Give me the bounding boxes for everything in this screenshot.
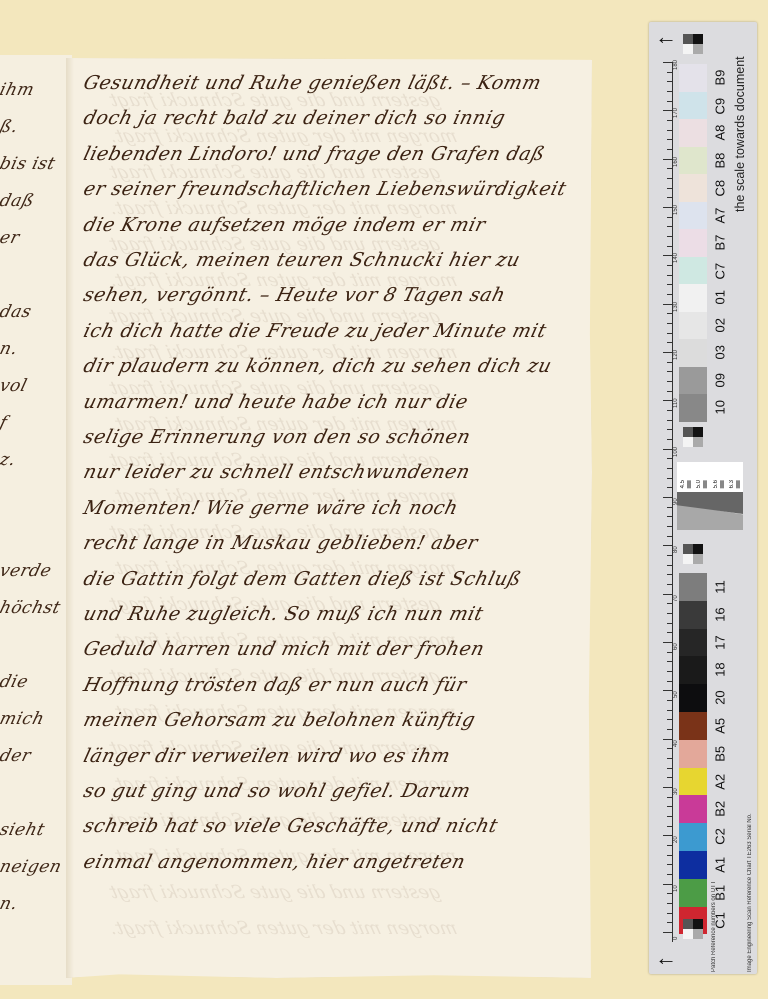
patch-label: A8 <box>709 119 731 147</box>
margin-fragment: vol <box>0 376 29 396</box>
text-line: Geduld harren und mich mit der frohen <box>81 638 487 660</box>
text-line: so gut ging und so wohl gefiel. Darum <box>81 780 473 802</box>
text-line: doch ja recht bald zu deiner dich so inn… <box>81 107 507 129</box>
scan-reference-chart: ← the scale towards document 18017016015… <box>649 22 757 974</box>
text-line: nur leider zu schnell entschwundenen <box>81 461 472 483</box>
color-patch-b7 <box>679 229 707 257</box>
arrow-left-icon: ← <box>655 26 677 48</box>
color-patch-09 <box>679 367 707 395</box>
text-line: die Gattin folgt dem Gatten dieß ist Sch… <box>81 568 523 590</box>
color-patch-b9 <box>679 64 707 92</box>
color-patch-a5 <box>679 712 707 740</box>
text-line: länger dir verweilen wird wo es ihm <box>81 745 453 767</box>
text-line: recht lange in Muskau geblieben! aber <box>81 532 480 554</box>
color-patch-11 <box>679 573 707 601</box>
color-patch-b2 <box>679 795 707 823</box>
gray-wedge: 4.55.05.66.3 <box>677 462 743 530</box>
patch-label: C9 <box>709 92 731 120</box>
patch-label: 02 <box>709 312 731 340</box>
patch-label: 10 <box>709 394 731 422</box>
patch-label: 18 <box>709 656 731 684</box>
text-line: einmal angenommen, hier angetreten <box>81 851 467 873</box>
page-gutter <box>66 58 74 978</box>
patch-label: C8 <box>709 174 731 202</box>
ruler-mm-label: 100 <box>673 447 679 457</box>
text-line: sehen, vergönnt. – Heute vor 8 Tagen sah <box>81 284 508 306</box>
wedge-label: 4.5 <box>680 480 691 488</box>
color-patch-02 <box>679 312 707 340</box>
wedge-label: 6.3 <box>729 480 740 488</box>
margin-fragment: mich <box>0 709 47 729</box>
text-line: Momenten! Wie gerne wäre ich noch <box>81 497 460 519</box>
color-patch-20 <box>679 684 707 712</box>
patch-reference-text: Patch Reference numbers on UTT <box>711 892 717 972</box>
text-line: selige Erinnerung von den so schönen <box>81 426 473 448</box>
margin-fragment: das <box>0 302 34 322</box>
color-patch-17 <box>679 629 707 657</box>
color-patch-c8 <box>679 174 707 202</box>
margin-fragment: der <box>0 746 33 766</box>
patch-label: 17 <box>709 629 731 657</box>
color-patch-a2 <box>679 768 707 796</box>
text-line: schreib hat so viele Geschäfte, und nich… <box>81 815 500 837</box>
ruler-mm-label: 80 <box>673 547 679 554</box>
patch-label: C2 <box>709 823 731 851</box>
color-patch-a1 <box>679 851 707 879</box>
gray-square-grid-mid2 <box>683 544 703 564</box>
patch-label: B7 <box>709 229 731 257</box>
color-patch-18 <box>679 656 707 684</box>
color-patch-c7 <box>679 257 707 285</box>
color-patch-a8 <box>679 119 707 147</box>
gray-square-grid-top <box>683 34 703 54</box>
patch-label: C7 <box>709 257 731 285</box>
patch-label: A7 <box>709 202 731 230</box>
color-patch-c9 <box>679 92 707 120</box>
gray-square-grid-mid1 <box>683 427 703 447</box>
patch-label: B2 <box>709 795 731 823</box>
patch-label: 20 <box>709 684 731 712</box>
color-patch-03 <box>679 339 707 367</box>
patch-label: 09 <box>709 367 731 395</box>
text-line: ich dich hatte die Freude zu jeder Minut… <box>81 320 549 342</box>
wedge-label: 5.0 <box>696 480 707 488</box>
chart-info-text: Image Engineering Scan Reference Chart T… <box>747 792 753 972</box>
text-line: er seiner freundschaftlichen Liebenswürd… <box>81 178 568 200</box>
color-patch-01 <box>679 284 707 312</box>
margin-fragment: daß <box>0 191 36 211</box>
margin-fragment: höchst <box>0 598 63 618</box>
margin-fragment: die <box>0 672 30 692</box>
patch-label: B9 <box>709 64 731 92</box>
text-line: die Krone aufsetzen möge indem er mir <box>81 214 488 236</box>
patch-label: 01 <box>709 284 731 312</box>
text-line: meinen Gehorsam zu belohnen künftig <box>81 709 478 731</box>
gray-square-grid-bottom <box>683 919 703 939</box>
margin-fragment: ihm <box>0 80 37 100</box>
patch-label: B5 <box>709 740 731 768</box>
wedge-label: 5.6 <box>713 480 724 488</box>
margin-fragment: neigen <box>0 857 64 877</box>
text-line: Gesundheit und Ruhe genießen läßt. – Kom… <box>81 72 543 94</box>
color-patch-a7 <box>679 202 707 230</box>
text-line: umarmen! und heute habe ich nur die <box>81 391 470 413</box>
color-patch-c2 <box>679 823 707 851</box>
text-line: dir plaudern zu können, dich zu sehen di… <box>81 355 554 377</box>
color-patch-b5 <box>679 740 707 768</box>
patch-label: A5 <box>709 712 731 740</box>
color-patch-b1 <box>679 879 707 907</box>
patch-label: B8 <box>709 147 731 175</box>
text-line: und Ruhe zugleich. So muß ich nun mit <box>81 603 485 625</box>
patch-label: 16 <box>709 601 731 629</box>
text-line: liebenden Lindoro! und frage den Grafen … <box>81 143 547 165</box>
text-line: das Glück, meinen teuren Schnucki hier z… <box>81 249 522 271</box>
patch-label: 03 <box>709 339 731 367</box>
patch-label: A1 <box>709 851 731 879</box>
patch-label: 11 <box>709 573 731 601</box>
color-patch-16 <box>679 601 707 629</box>
patch-label: A2 <box>709 768 731 796</box>
margin-fragment: sieht <box>0 820 47 840</box>
ruler-mm-label: 0 <box>673 937 679 940</box>
color-patch-b8 <box>679 147 707 175</box>
arrow-left-icon-bottom: ← <box>655 947 677 969</box>
text-line: Hoffnung trösten daß er nun auch für <box>81 674 469 696</box>
color-patch-10 <box>679 394 707 422</box>
margin-fragment: verde <box>0 561 54 581</box>
margin-fragment: bis ist <box>0 154 57 174</box>
scale-direction-text: the scale towards document <box>733 52 747 212</box>
